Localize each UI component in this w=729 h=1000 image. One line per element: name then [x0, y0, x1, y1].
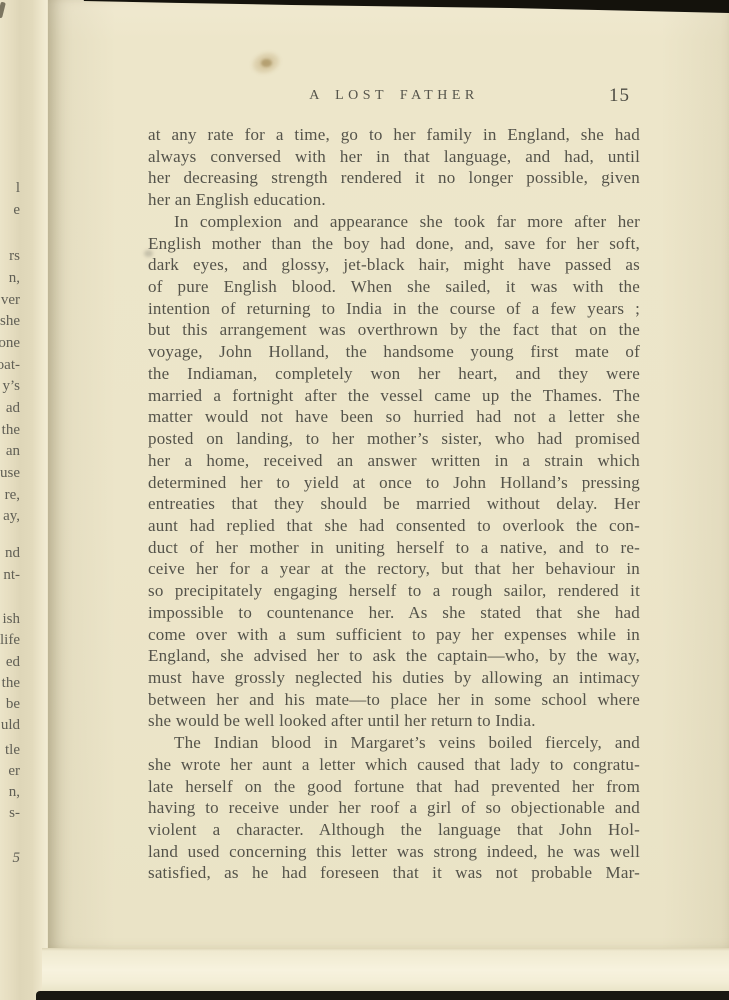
text-line: satisfied, as he had foreseen that it wa… — [148, 862, 640, 884]
text-line: ceive her for a year at the rectory, but… — [148, 558, 640, 580]
text-line: must have grossly neglected his duties b… — [148, 667, 640, 689]
text-line: she would be well looked after until her… — [148, 710, 640, 732]
page-edges-stack — [42, 948, 729, 992]
paper-stain-core — [261, 59, 272, 67]
gutter-text-fragment: she — [0, 311, 20, 331]
text-line: the Indiaman, completely won her heart, … — [148, 363, 640, 385]
text-line: always conversed with her in that langua… — [148, 146, 640, 168]
text-line: voyage, John Holland, the handsome young… — [148, 341, 640, 363]
gutter-text-fragment: s- — [9, 803, 20, 823]
text-line: determined her to yield at once to John … — [148, 472, 640, 494]
text-line: aunt had replied that she had consented … — [148, 515, 640, 537]
text-line: married a fortnight after the vessel cam… — [148, 385, 640, 407]
text-line: duct of her mother in uniting herself to… — [148, 537, 640, 559]
gutter-text-fragment: er — [8, 761, 20, 781]
text-line: In complexion and appearance she took fa… — [148, 211, 640, 233]
gutter-text-fragment: tle — [5, 740, 20, 760]
text-line: but this arrangement was overthrown by t… — [148, 319, 640, 341]
text-line: impossible to countenance her. As she st… — [148, 602, 640, 624]
text-line: entreaties that they should be married w… — [148, 493, 640, 515]
text-line: at any rate for a time, go to her family… — [148, 124, 640, 146]
gutter-text-fragment: y’s — [2, 376, 20, 396]
text-line: of pure English blood. When she sailed, … — [148, 276, 640, 298]
text-line: she wrote her aunt a letter which caused… — [148, 754, 640, 776]
gutter-text-fragment: re, — [5, 485, 20, 505]
text-line: her decreasing strength rendered it no l… — [148, 167, 640, 189]
text-line: between her and his mate—to place her in… — [148, 689, 640, 711]
text-line: dark eyes, and glossy, jet-black hair, m… — [148, 254, 640, 276]
scan-border-bottom — [36, 991, 729, 1000]
text-line: intention of returning to India in the c… — [148, 298, 640, 320]
text-line: violent a character. Although the langua… — [148, 819, 640, 841]
gutter-text-fragment: ed — [6, 652, 20, 672]
text-line: English mother than the boy had done, an… — [148, 233, 640, 255]
gutter-text-fragment: be — [6, 694, 20, 714]
page-number: 15 — [609, 85, 630, 107]
gutter-text-fragment: use — [0, 463, 20, 483]
gutter-text-fragment: ver — [1, 290, 20, 310]
gutter-text-fragment: one — [0, 333, 20, 353]
gutter-text-fragment: l — [16, 178, 20, 198]
gutter-text-fragment: n, — [9, 782, 20, 802]
gutter-text-fragment: uld — [1, 715, 20, 735]
facing-page-edge: lersn,versheoneoat-y’sadtheanusere,ay,nd… — [0, 0, 48, 1000]
running-header: A LOST FATHER 15 — [148, 88, 640, 108]
gutter-text-fragment: 5 — [13, 848, 21, 868]
gutter-text-fragment: rs — [9, 246, 20, 266]
gutter-text-fragment: an — [6, 441, 20, 461]
text-line: land used concerning this letter was str… — [148, 841, 640, 863]
text-line: matter would not have been so hurried ha… — [148, 406, 640, 428]
scanned-book-page: lersn,versheoneoat-y’sadtheanusere,ay,nd… — [0, 0, 729, 1000]
gutter-text-fragment: nd — [5, 543, 20, 563]
gutter-text-fragment: e — [13, 200, 20, 220]
text-line: posted on landing, to her mother’s siste… — [148, 428, 640, 450]
page-text: at any rate for a time, go to her family… — [148, 124, 640, 884]
gutter-text-fragment: life — [0, 630, 20, 650]
text-line: late herself on the good fortune that ha… — [148, 776, 640, 798]
text-line: having to receive under her roof a girl … — [148, 797, 640, 819]
gutter-text-fragment: nt- — [3, 565, 20, 585]
gutter-text-fragment: oat- — [0, 355, 20, 375]
text-line: The Indian blood in Margaret’s veins boi… — [148, 732, 640, 754]
gutter-text-fragment: ad — [6, 398, 20, 418]
text-line: England, she advised her to ask the capt… — [148, 645, 640, 667]
scan-corner-mark — [0, 2, 6, 19]
text-line: come over with a sum sufficient to pay h… — [148, 624, 640, 646]
gutter-text-fragment: ish — [2, 609, 20, 629]
running-header-title: A LOST FATHER — [148, 88, 640, 104]
text-line: her an English education. — [148, 189, 640, 211]
gutter-text-fragment: ay, — [3, 506, 20, 526]
text-line: her a home, received an answer written i… — [148, 450, 640, 472]
gutter-text-fragment: n, — [9, 268, 20, 288]
gutter-text-fragment: the — [2, 673, 20, 693]
text-line: so precipitately engaging herself to a r… — [148, 580, 640, 602]
gutter-text-fragment: the — [2, 420, 20, 440]
